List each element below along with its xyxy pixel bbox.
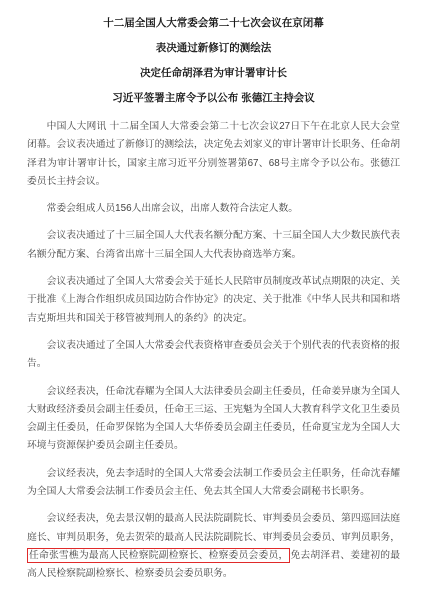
article-paragraph-legislative-affairs: 会议经表决，免去李适时的全国人大常委会法制工作委员会主任职务，任命沈春耀为全国人…	[27, 465, 400, 502]
final-paragraph-before: 会议经表决，免去景汉朝的最高人民法院副院长、审判委员会委员、第四巡回法庭庭长、审…	[27, 513, 400, 542]
highlight-red-box: 任命张雪樵为最高人民检察院副检察长、检察委员会委员，	[27, 548, 290, 563]
article-paragraph-quota-plans: 会议表决通过了十三届全国人大代表名额分配方案、十三届全国人大少数民族代表名额分配…	[27, 227, 400, 264]
article-title-line-1: 十二届全国人大常委会第二十七次会议在京闭幕	[15, 11, 412, 36]
article-paragraph-decisions: 会议表决通过了全国人大常委会关于延长人民陪审员制度改革试点期限的决定、关于批准《…	[27, 273, 400, 328]
article-paragraph-credentials-report: 会议表决通过了全国人大常委会代表资格审查委员会关于个别代表的代表资格的报告。	[27, 337, 400, 374]
article-paragraph-court-procuratorate: 会议经表决，免去景汉朝的最高人民法院副院长、审判委员会委员、第四巡回法庭庭长、审…	[27, 510, 400, 583]
article-body: 中国人大网讯 十二届全国人大常委会第二十七次会议27日下午在北京人民大会堂闭幕。…	[27, 118, 400, 584]
article-title-block: 十二届全国人大常委会第二十七次会议在京闭幕 表决通过新修订的测绘法 决定任命胡泽…	[15, 11, 412, 111]
article-title-line-2: 表决通过新修订的测绘法	[15, 36, 412, 61]
article-paragraph-committee-appointments: 会议经表决，任命沈春耀为全国人大法律委员会副主任委员，任命姜异康为全国人大财政经…	[27, 383, 400, 456]
article-title-line-3: 决定任命胡泽君为审计署审计长	[15, 61, 412, 86]
article-page: 十二届全国人大常委会第二十七次会议在京闭幕 表决通过新修订的测绘法 决定任命胡泽…	[0, 0, 426, 584]
article-paragraph-attendance: 常委会组成人员156人出席会议，出席人数符合法定人数。	[27, 200, 400, 218]
article-title-line-4: 习近平签署主席令予以公布 张德江主持会议	[15, 86, 412, 111]
article-paragraph-lead: 中国人大网讯 十二届全国人大常委会第二十七次会议27日下午在北京人民大会堂闭幕。…	[27, 118, 400, 191]
